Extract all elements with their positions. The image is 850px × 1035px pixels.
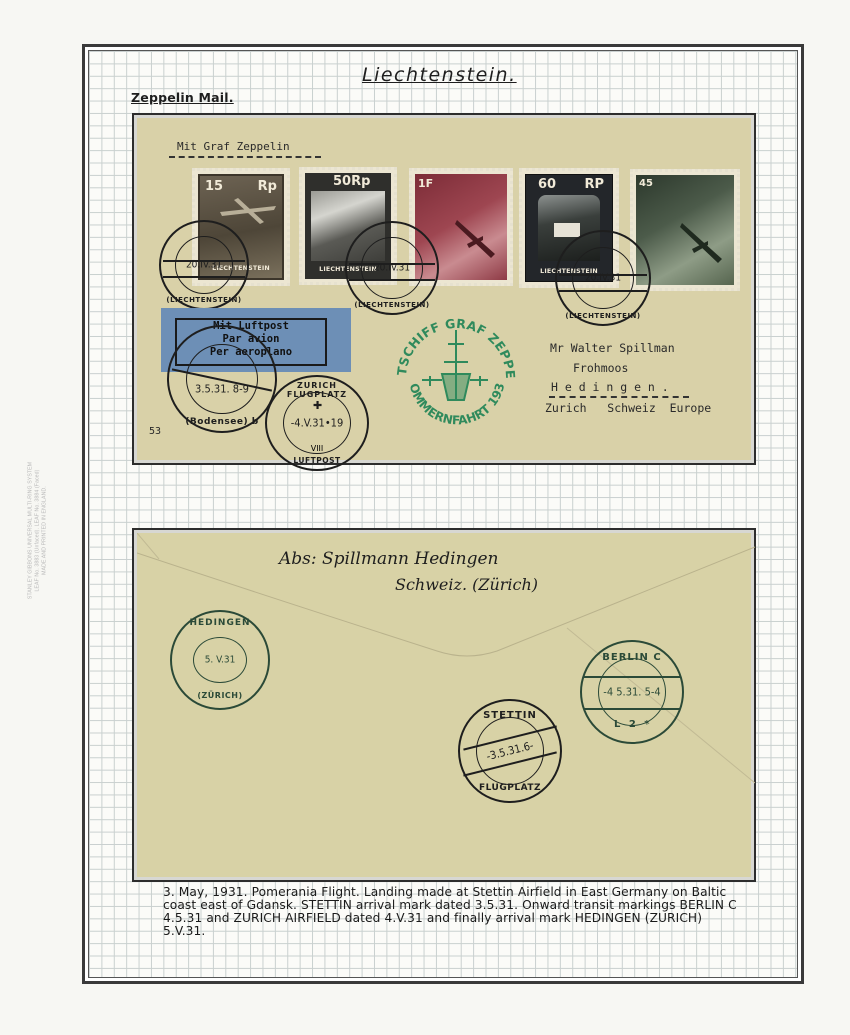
postmark-berlin-c: BERLIN C -4 5.31. 5-4 L 2 * [580, 640, 684, 744]
leaf-imprint: STANLEY GIBBONS UNIVERSAL MULTI-RING SYS… [18, 430, 58, 640]
back-cover: Abs: Spillmann Hedingen Schweiz. (Zürich… [137, 533, 751, 877]
postmark-hedingen: HEDINGEN 5. V.31 (ZÜRICH) [170, 610, 270, 710]
sender-handwriting-line-1: Abs: Spillmann Hedingen [279, 549, 498, 569]
postmark-triesenberg-3: 20.IV.31 (LIECHTENSTEIN) [555, 230, 651, 326]
address-line-1: Mr Walter Spillman [550, 341, 675, 355]
postmark-friedrichshafen: 3.5.31. 8-9 (Bodensee) b [167, 325, 277, 433]
cover-header-typed: Mit Graf Zeppelin [177, 140, 290, 153]
imprint-line: STANLEY GIBBONS UNIVERSAL MULTI-RING SYS… [28, 426, 35, 636]
postmark-triesenberg-2: 20.IV.31 (LIECHTENSTEIN) [345, 221, 439, 315]
corner-number: 53 [149, 426, 161, 437]
back-cover-mount: Abs: Spillmann Hedingen Schweiz. (Zürich… [132, 528, 756, 882]
imprint-line: MADE AND PRINTED IN ENGLAND. [42, 426, 49, 636]
country-title: Liechtenstein. [362, 64, 517, 86]
postmark-triesenberg-1: 20.IV.31 (LIECHTENSTEIN) [159, 220, 249, 310]
ship-icon [422, 330, 488, 400]
airplane-icon [453, 214, 499, 270]
swiss-cross-icon: ✚ [313, 399, 322, 412]
sender-handwriting-line-2: Schweiz. (Zürich) [395, 575, 538, 594]
airplane-icon [218, 194, 278, 228]
address-line-2: Frohmoos [573, 361, 628, 375]
front-cover: Mit Graf Zeppelin 15 Rp LIECHTENSTEIN 50… [137, 118, 751, 460]
address-underline [549, 396, 689, 398]
address-line-3: H e d i n g e n . [551, 380, 669, 394]
imprint-line: LEAF No. 3883 (Unfaced). LEAF No. 3884 (… [35, 426, 42, 636]
address-line-4: Zurich Schweiz Europe [545, 401, 711, 415]
cover-description: 3. May, 1931. Pomerania Flight. Landing … [163, 886, 743, 938]
zeppelin-cachet: LUFTSCHIFF GRAF ZEPPELIN POMMERNFAHRT 19… [392, 308, 520, 436]
typed-underline [169, 156, 321, 158]
front-cover-mount: Mit Graf Zeppelin 15 Rp LIECHTENSTEIN 50… [132, 113, 756, 465]
postmark-stettin-flugplatz: STETTIN -3.5.31.6- FLUGPLATZ [458, 699, 562, 803]
section-title: Zeppelin Mail. [131, 90, 234, 105]
postmark-zurich-flugplatz: ZURICH FLUGPLATZ ✚ -4.V.31•19 VIII LUFTP… [265, 375, 369, 471]
airplane-icon [676, 215, 726, 275]
